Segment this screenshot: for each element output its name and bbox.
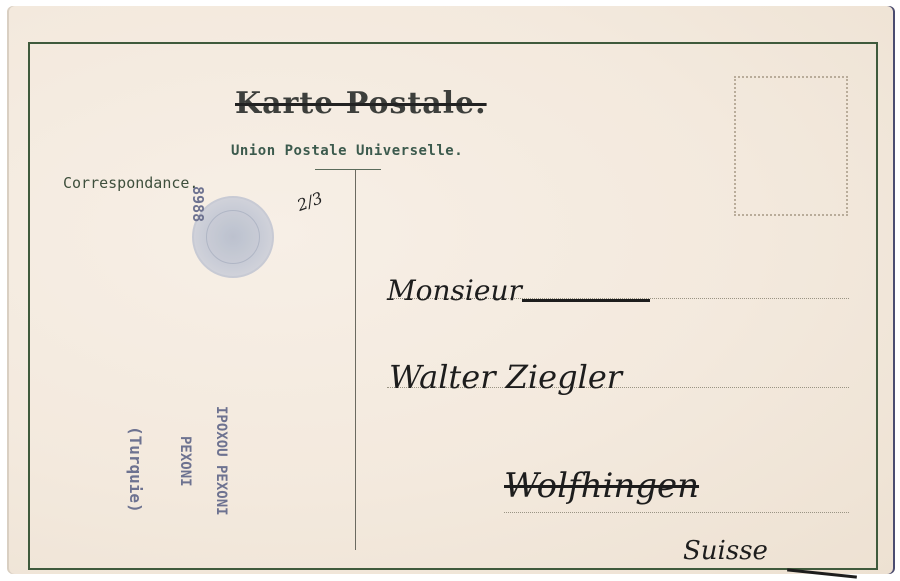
- address-name: Walter Ziegler: [389, 358, 622, 396]
- stamp-number: 8988: [189, 186, 207, 222]
- stamp-line-2: PEXONI: [177, 436, 193, 487]
- postcard-title: Karte Postale.: [235, 86, 487, 121]
- correspondence-label: Correspondance.: [63, 174, 198, 192]
- subtitle-rule: [315, 169, 381, 170]
- postcard-subtitle: Union Postale Universelle.: [231, 143, 463, 159]
- salutation-underline: [522, 299, 650, 302]
- salutation-text: Monsieur: [387, 274, 522, 307]
- center-divider: [355, 170, 356, 550]
- postcard: Karte Postale. Union Postale Universelle…: [7, 6, 895, 574]
- address-line-3: [504, 512, 849, 513]
- address-salutation: Monsieur: [387, 274, 522, 307]
- address-city: Wolfhingen: [504, 466, 699, 506]
- stamp-placeholder-box: [734, 76, 848, 216]
- address-country: Suisse: [683, 536, 768, 566]
- stamp-line-1: (Turquie): [126, 426, 145, 513]
- stamp-line-3: IPOXOU PEXONI: [213, 406, 229, 516]
